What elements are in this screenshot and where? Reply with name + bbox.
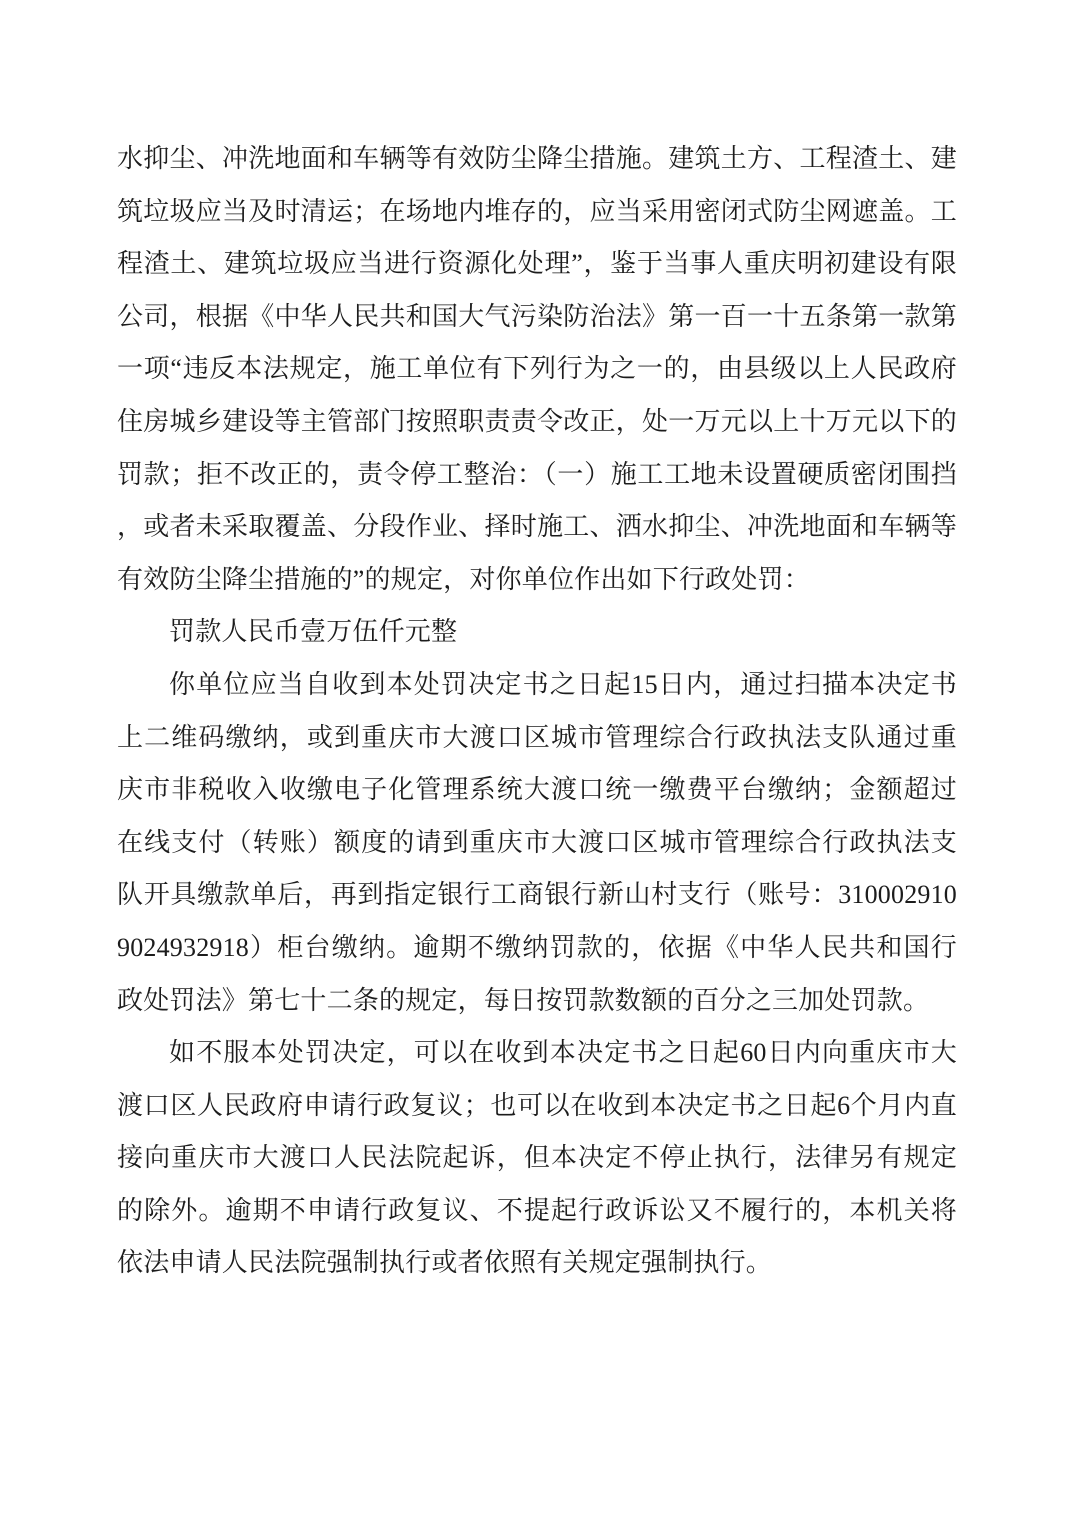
penalty-decision-body-text: 水抑尘、冲洗地面和车辆等有效防尘降尘措施。建筑土方、工程渣土、建 筑垃圾应当及时… — [117, 133, 957, 1290]
text-line: 一项“违反本法规定，施工单位有下列行为之一的，由县级以上人民政府 — [117, 343, 957, 396]
text-line: 你单位应当自收到本处罚决定书之日起15日内，通过扫描本决定书 — [117, 659, 957, 712]
text-line: 如不服本处罚决定，可以在收到本决定书之日起60日内向重庆市大 — [117, 1027, 957, 1080]
text-line: 在线支付（转账）额度的请到重庆市大渡口区城市管理综合行政执法支 — [117, 817, 957, 870]
text-line: 队开具缴款单后，再到指定银行工商银行新山村支行（账号：310002910 — [117, 869, 957, 922]
text-line: 水抑尘、冲洗地面和车辆等有效防尘降尘措施。建筑土方、工程渣土、建 — [117, 133, 957, 186]
text-line: 的除外。逾期不申请行政复议、不提起行政诉讼又不履行的，本机关将 — [117, 1185, 957, 1238]
text-line: 有效防尘降尘措施的”的规定，对你单位作出如下行政处罚： — [117, 554, 957, 607]
text-line: 罚款；拒不改正的，责令停工整治：（一）施工工地未设置硬质密闭围挡 — [117, 449, 957, 502]
text-line: 接向重庆市大渡口人民法院起诉，但本决定不停止执行，法律另有规定 — [117, 1132, 957, 1185]
text-line: 政处罚法》第七十二条的规定，每日按罚款数额的百分之三加处罚款。 — [117, 975, 957, 1028]
text-line: 公司，根据《中华人民共和国大气污染防治法》第一百一十五条第一款第 — [117, 291, 957, 344]
text-line: 庆市非税收入收缴电子化管理系统大渡口统一缴费平台缴纳；金额超过 — [117, 764, 957, 817]
text-line: ，或者未采取覆盖、分段作业、择时施工、洒水抑尘、冲洗地面和车辆等 — [117, 501, 957, 554]
text-line: 渡口区人民政府申请行政复议；也可以在收到本决定书之日起6个月内直 — [117, 1080, 957, 1133]
document-page: 水抑尘、冲洗地面和车辆等有效防尘降尘措施。建筑土方、工程渣土、建 筑垃圾应当及时… — [0, 0, 1074, 1520]
text-line: 程渣土、建筑垃圾应当进行资源化处理”，鉴于当事人重庆明初建设有限 — [117, 238, 957, 291]
text-line: 住房城乡建设等主管部门按照职责责令改正，处一万元以上十万元以下的 — [117, 396, 957, 449]
penalty-amount-line: 罚款人民币壹万伍仟元整 — [117, 606, 957, 659]
text-line: 筑垃圾应当及时清运；在场地内堆存的，应当采用密闭式防尘网遮盖。工 — [117, 186, 957, 239]
text-line: 依法申请人民法院强制执行或者依照有关规定强制执行。 — [117, 1237, 957, 1290]
text-line: 9024932918）柜台缴纳。逾期不缴纳罚款的，依据《中华人民共和国行 — [117, 922, 957, 975]
text-line: 上二维码缴纳，或到重庆市大渡口区城市管理综合行政执法支队通过重 — [117, 712, 957, 765]
